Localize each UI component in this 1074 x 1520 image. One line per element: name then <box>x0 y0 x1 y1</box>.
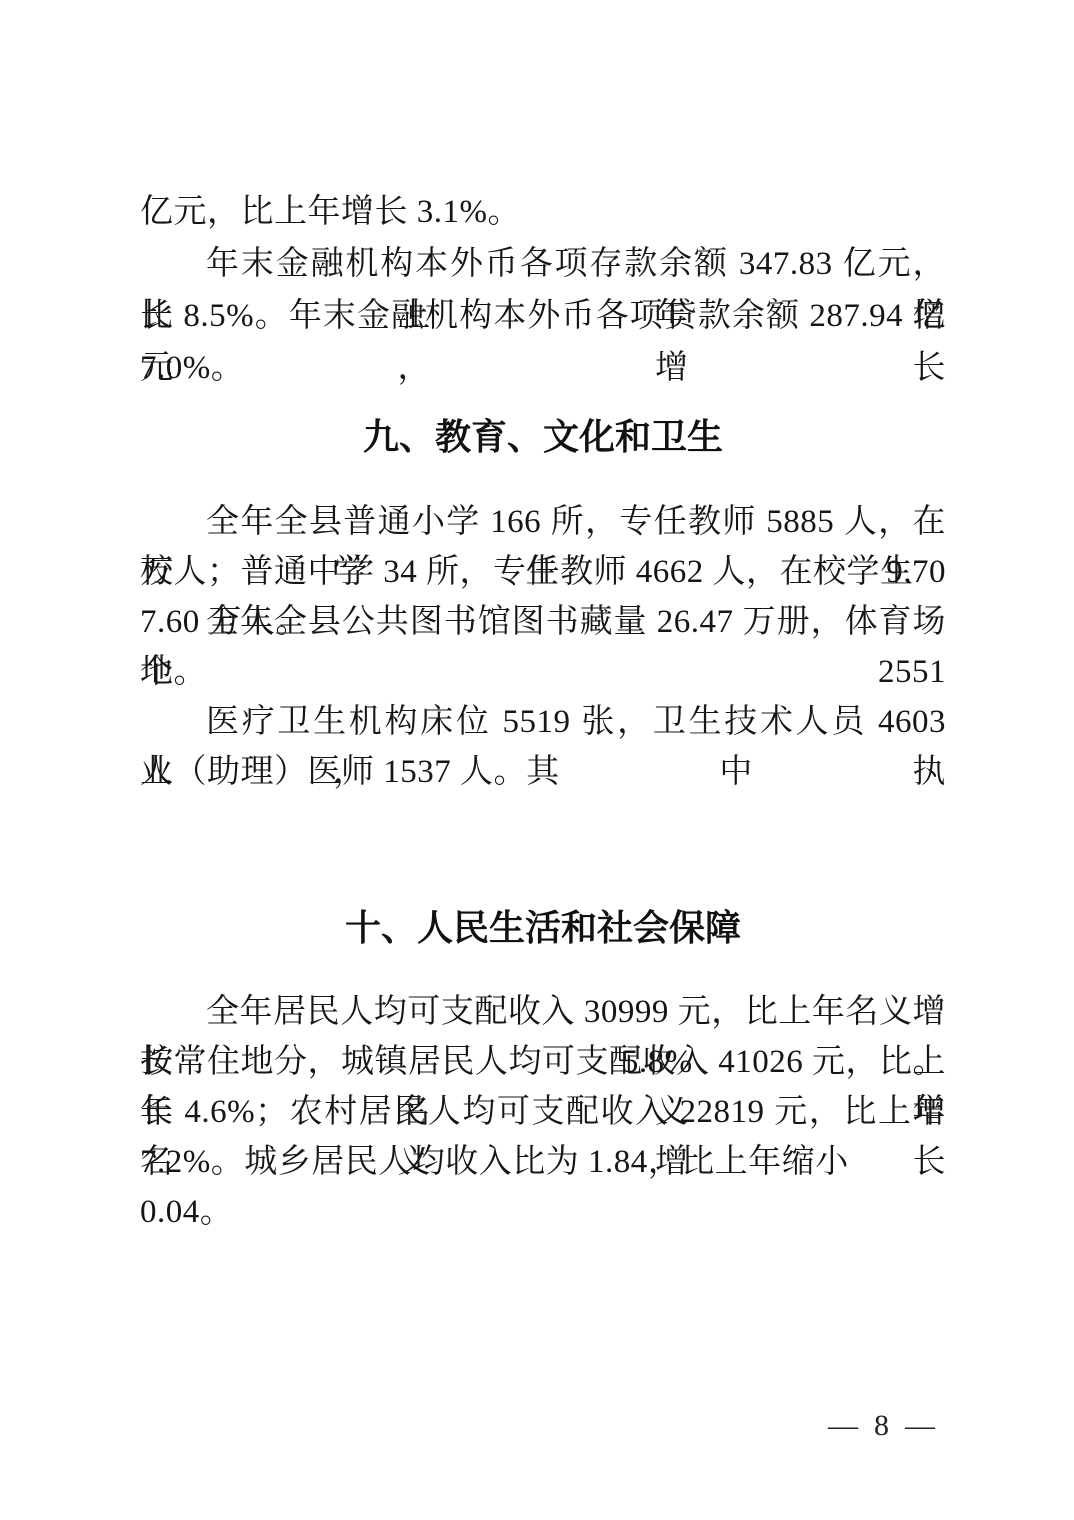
paragraph-library-sports: 全年全县公共图书馆图书藏量 26.47 万册，体育场地 2551 个。 <box>140 597 946 697</box>
text-line: 7.2%。城乡居民人均收入比为 1.84，比上年缩小 0.04。 <box>140 1137 946 1187</box>
paragraph-income: 全年居民人均可支配收入 30999 元，比上年名义增长 5.8%。 按常住地分，… <box>140 987 946 1187</box>
text-line: 按常住地分，城镇居民人均可支配收入 41026 元，比上年名义增 <box>140 1037 946 1087</box>
section-heading-education: 九、教育、文化和卫生 <box>140 410 946 464</box>
text-line: 全年全县普通小学 166 所，专任教师 5885 人，在校学生 9.70 <box>140 497 946 547</box>
section-heading-livelihood: 十、人民生活和社会保障 <box>140 901 946 955</box>
text-line: 万人；普通中学 34 所，专任教师 4662 人，在校学生 7.60 万人。 <box>140 547 946 597</box>
text-line: 年末金融机构本外币各项存款余额 347.83 亿元，比上年增 <box>140 238 946 290</box>
paragraph-schools: 全年全县普通小学 166 所，专任教师 5885 人，在校学生 9.70 万人；… <box>140 497 946 597</box>
text-line: 全年全县公共图书馆图书藏量 26.47 万册，体育场地 2551 <box>140 597 946 647</box>
text-line: 全年居民人均可支配收入 30999 元，比上年名义增长 5.8%。 <box>140 987 946 1037</box>
text-line: 长 8.5%。年末金融机构本外币各项贷款余额 287.94 亿元，增长 <box>140 290 946 342</box>
paragraph-health: 医疗卫生机构床位 5519 张，卫生技术人员 4603 人，其中执 业（助理）医… <box>140 697 946 797</box>
page-number: 8 <box>860 1404 903 1448</box>
text-line: 长 4.6%；农村居民人均可支配收入 22819 元，比上年名义增长 <box>140 1087 946 1137</box>
footer-left-dash: — <box>826 1404 860 1448</box>
page-number-footer: — 8 — <box>826 1404 937 1448</box>
paragraph-finance: 亿元，比上年增长 3.1%。 年末金融机构本外币各项存款余额 347.83 亿元… <box>140 186 946 394</box>
footer-right-dash: — <box>903 1404 937 1448</box>
text-line: 医疗卫生机构床位 5519 张，卫生技术人员 4603 人，其中执 <box>140 697 946 747</box>
document-page: 亿元，比上年增长 3.1%。 年末金融机构本外币各项存款余额 347.83 亿元… <box>0 0 1074 1520</box>
text-line: 亿元，比上年增长 3.1%。 <box>140 186 946 238</box>
